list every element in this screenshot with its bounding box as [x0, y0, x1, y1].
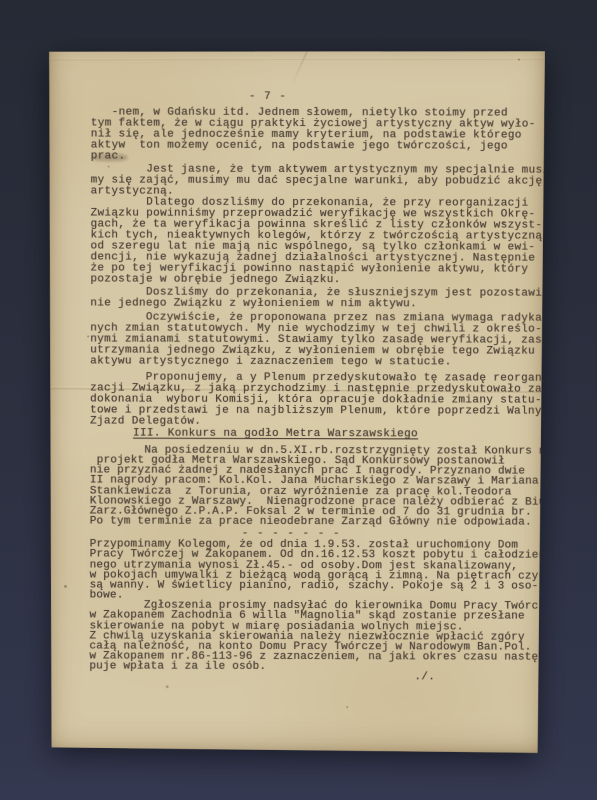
para-wplata: Z chwilą uzyskania skierowania należy ni… [89, 631, 551, 673]
paper-crease-top [48, 58, 546, 60]
paper-crease-diagonal [291, 44, 312, 87]
page-number: - 7 - [249, 92, 553, 104]
photo-background: - 7 - -nem, w Gdańsku itd. Jednem słowem… [0, 0, 597, 800]
para-proponujemy-plenum: Proponujemy, a y Plenum przedyskutowało … [90, 372, 552, 428]
document-page-wrapper: - 7 - -nem, w Gdańsku itd. Jednem słowem… [46, 45, 546, 753]
para-continuation-aktyw: -nem, w Gdańsku itd. Jednem słowem, niet… [91, 107, 553, 163]
para-jest-jasne: Jest jasne, że tym aktywem artystycznym … [91, 164, 553, 198]
typewritten-text-block: - 7 - -nem, w Gdańsku itd. Jednem słowem… [89, 91, 553, 683]
paper-specks [48, 45, 50, 47]
para-doszlismy: Doszliśmy do przekonania, że słuszniejsz… [90, 287, 552, 310]
para-konkurs-metro: Na posiedzeniu w dn.5.XI.rb.rozstrzygnię… [90, 445, 552, 527]
para-zgloszenia: Zgłoszenia prosimy nadsyłać do kierownik… [89, 601, 551, 633]
document-page: - 7 - -nem, w Gdańsku itd. Jednem słowem… [46, 45, 546, 753]
section-heading-konkurs: III. Konkurs na godło Metra Warszawskieg… [133, 428, 552, 441]
continuation-mark: ./. [414, 673, 551, 684]
para-dom-pracy-tworczej: Przypominamy Kolegom, że od dnia 1.9.53.… [89, 540, 551, 602]
para-dlatego-weryfikacja: Dlatego doszliśmy do przekonania, że prz… [90, 197, 552, 286]
para-oczywiscie-statut: Oczywiście, że proponowana przez nas zmi… [90, 312, 552, 368]
